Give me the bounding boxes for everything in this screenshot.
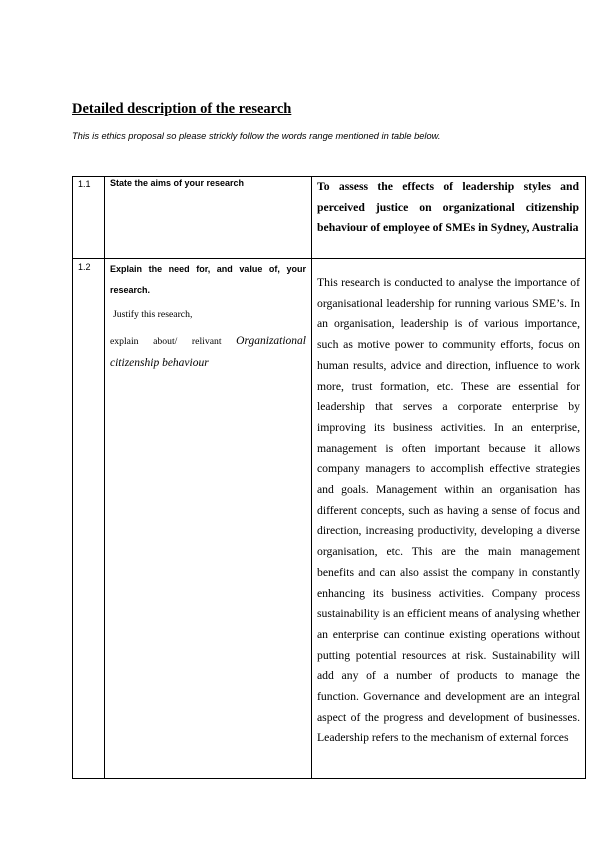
answer-cell: This research is conducted to analyse th… — [312, 259, 586, 779]
table-row: 1.1 State the aims of your research To a… — [73, 177, 586, 259]
question-text: Explain the need for, and value of, your… — [110, 259, 306, 300]
answer-text: This research is conducted to analyse th… — [317, 273, 580, 763]
table-row: 1.2 Explain the need for, and value of, … — [73, 259, 586, 779]
question-cell: Explain the need for, and value of, your… — [105, 259, 312, 779]
question-cell: State the aims of your research — [105, 177, 312, 259]
row-number: 1.1 — [73, 177, 105, 259]
sub-prompt-explain-prefix: explain about/ relivant — [110, 336, 222, 347]
answer-cell: To assess the effects of leadership styl… — [312, 177, 586, 259]
research-description-table: 1.1 State the aims of your research To a… — [72, 176, 586, 779]
page-title: Detailed description of the research — [72, 101, 291, 118]
instruction-note: This is ethics proposal so please strick… — [72, 131, 440, 141]
row-number: 1.2 — [73, 259, 105, 779]
sub-prompt-justify: Justify this research, — [110, 309, 306, 320]
sub-prompt-explain: explain about/ relivant Organizational c… — [110, 331, 306, 374]
